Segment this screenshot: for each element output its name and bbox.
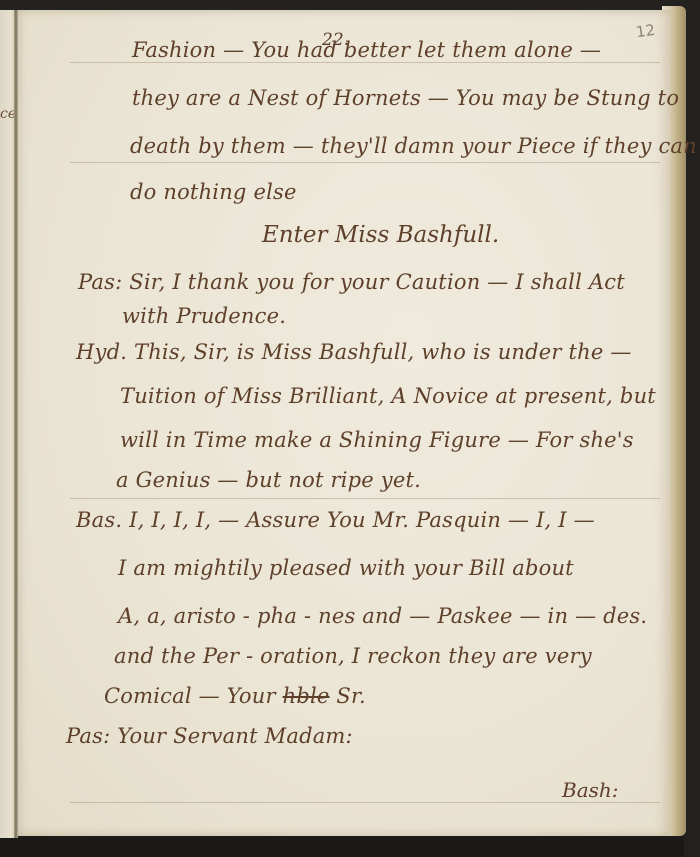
- line-text: Your Servant Madam:: [117, 724, 353, 748]
- scan-background-right: [684, 0, 700, 857]
- page-ruling: [70, 62, 660, 63]
- dialogue-line: Pas: Sir, I thank you for your Caution —…: [78, 270, 625, 294]
- line-text: a Genius — but not ripe yet.: [116, 468, 421, 492]
- line-text: This, Sir, is Miss Bashfull, who is unde…: [134, 340, 632, 364]
- speaker-label: Pas:: [78, 270, 122, 294]
- scan-background-bottom: [0, 838, 700, 857]
- page-ruling: [70, 162, 660, 163]
- text-line: a Genius — but not ripe yet.: [116, 468, 421, 492]
- text-line: Comical — Your hble Sr.: [104, 684, 366, 708]
- folio-number: 12: [635, 21, 656, 41]
- text-line: Fashion — You had better let them alone …: [132, 38, 601, 62]
- line-text: Sir, I thank you for your Caution — I sh…: [129, 270, 625, 294]
- dialogue-line: Bas. I, I, I, I, — Assure You Mr. Pasqui…: [76, 508, 595, 532]
- line-text: A, a, aristo - pha - nes and — Paskee — …: [118, 604, 647, 628]
- stage-direction: Enter Miss Bashfull.: [262, 222, 499, 248]
- line-text: and the Per - oration, I reckon they are…: [114, 644, 592, 668]
- closing-abbreviation: Sr.: [336, 684, 365, 708]
- text-line: will in Time make a Shining Figure — For…: [120, 428, 634, 452]
- line-text: I am mightily pleased with your Bill abo…: [118, 556, 574, 580]
- line-text: death by them — they'll damn your Piece …: [130, 134, 697, 158]
- speaker-label: Hyd.: [76, 340, 127, 364]
- text-line: A, a, aristo - pha - nes and — Paskee — …: [118, 604, 647, 628]
- text-line: and the Per - oration, I reckon they are…: [114, 644, 592, 668]
- text-line: do nothing else: [130, 180, 297, 204]
- line-text: with Prudence.: [122, 304, 286, 328]
- line-text: Fashion — You had better let them alone …: [132, 38, 601, 62]
- text-line: they are a Nest of Hornets — You may be …: [132, 86, 679, 110]
- line-text: I, I, I, I, — Assure You Mr. Pasquin — I…: [129, 508, 595, 532]
- line-text: do nothing else: [130, 180, 297, 204]
- page-ruling: [70, 802, 660, 803]
- text-line: Tuition of Miss Brilliant, A Novice at p…: [120, 384, 656, 408]
- text-line: with Prudence.: [122, 304, 286, 328]
- line-text: they are a Nest of Hornets — You may be …: [132, 86, 679, 110]
- speaker-label: Bas.: [76, 508, 122, 532]
- struck-word: hble: [283, 684, 330, 708]
- page-ruling: [70, 498, 660, 499]
- line-text: Comical — Your: [104, 684, 283, 708]
- line-text: Tuition of Miss Brilliant, A Novice at p…: [120, 384, 656, 408]
- dialogue-line: Hyd. This, Sir, is Miss Bashfull, who is…: [76, 340, 632, 364]
- text-line: death by them — they'll damn your Piece …: [130, 134, 697, 158]
- text-line: I am mightily pleased with your Bill abo…: [118, 556, 574, 580]
- dialogue-line: Pas: Your Servant Madam:: [66, 724, 353, 748]
- catchword: Bash:: [562, 778, 619, 802]
- speaker-label: Pas:: [66, 724, 110, 748]
- line-text: will in Time make a Shining Figure — For…: [120, 428, 634, 452]
